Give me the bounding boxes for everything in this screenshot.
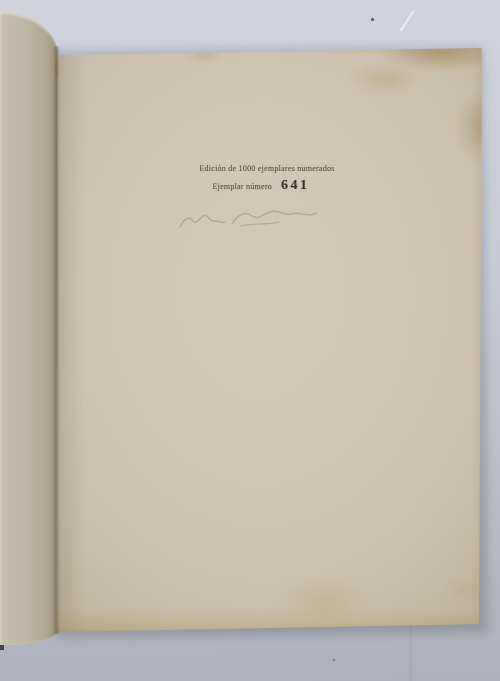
gutter-crease	[53, 46, 60, 634]
gutter-stain	[55, 62, 58, 78]
copy-number-label: Ejemplar número	[212, 182, 272, 191]
dust-speck	[371, 18, 374, 21]
book-photo: Edición de 1000 ejemplares numerados Eje…	[0, 0, 500, 681]
handwritten-inscription	[175, 203, 325, 237]
limitation-page: Edición de 1000 ejemplares numerados Eje…	[55, 45, 485, 635]
turned-pages-stack	[0, 12, 58, 645]
colophon-text-block: Edición de 1000 ejemplares numerados Eje…	[55, 164, 479, 194]
copy-number-line: Ejemplar número 641	[49, 178, 473, 194]
copy-number-stamp: 641	[281, 178, 310, 194]
backdrop-scratch	[400, 10, 415, 31]
dust-speck	[333, 659, 335, 661]
edition-statement: Edición de 1000 ejemplares numerados	[55, 164, 479, 174]
